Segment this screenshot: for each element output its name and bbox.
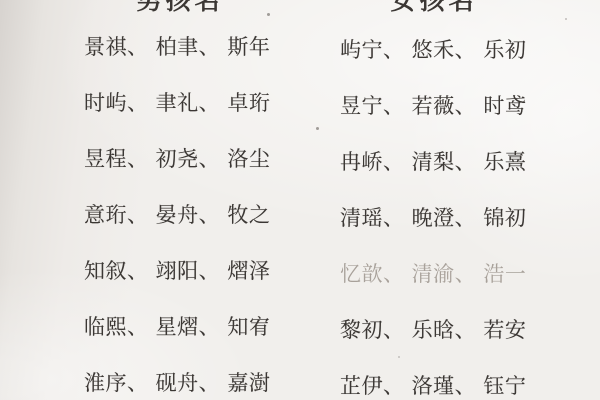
boys-column: 男孩名 景祺、 柏聿、 斯年时屿、 聿礼、 卓珩昱程、 初尧、 洛尘意珩、 晏舟… (84, 0, 276, 394)
name-row: 知叙、 翊阳、 熠泽 (84, 260, 276, 282)
name-row: 黎初、 乐晗、 若安 (340, 319, 532, 341)
name-row: 淮序、 砚舟、 嘉澍 (84, 372, 276, 394)
name-row: 景祺、 柏聿、 斯年 (84, 36, 276, 58)
name-row: 时屿、 聿礼、 卓珩 (84, 92, 276, 114)
name-row: 昱程、 初尧、 洛尘 (84, 148, 276, 170)
paper-speck (316, 127, 319, 130)
name-row: 清瑶、 晚澄、 锦初 (340, 207, 532, 229)
boys-name-list: 景祺、 柏聿、 斯年时屿、 聿礼、 卓珩昱程、 初尧、 洛尘意珩、 晏舟、 牧之… (84, 36, 276, 394)
name-row: 屿宁、 悠禾、 乐初 (340, 39, 532, 61)
name-row: 芷伊、 洛瑾、 钰宁 (340, 375, 532, 397)
paper-speck (565, 18, 567, 20)
name-row: 冉峤、 清梨、 乐熹 (340, 151, 532, 173)
name-row: 意珩、 晏舟、 牧之 (84, 204, 276, 226)
boys-column-title: 男孩名 (84, 0, 276, 14)
name-row: 昱宁、 若薇、 时鸢 (340, 95, 532, 117)
paper-background: 男孩名 景祺、 柏聿、 斯年时屿、 聿礼、 卓珩昱程、 初尧、 洛尘意珩、 晏舟… (0, 0, 600, 400)
paper-speck (267, 13, 270, 16)
name-row: 忆歆、 清渝、 浩一 (340, 263, 532, 285)
paper-speck (398, 356, 400, 358)
name-row: 临熙、 星熠、 知宥 (84, 316, 276, 338)
girls-column-title: 女孩名 (336, 0, 532, 14)
girls-column: 女孩名 屿宁、 悠禾、 乐初昱宁、 若薇、 时鸢冉峤、 清梨、 乐熹清瑶、 晚澄… (336, 0, 532, 397)
girls-name-list: 屿宁、 悠禾、 乐初昱宁、 若薇、 时鸢冉峤、 清梨、 乐熹清瑶、 晚澄、 锦初… (340, 39, 532, 397)
